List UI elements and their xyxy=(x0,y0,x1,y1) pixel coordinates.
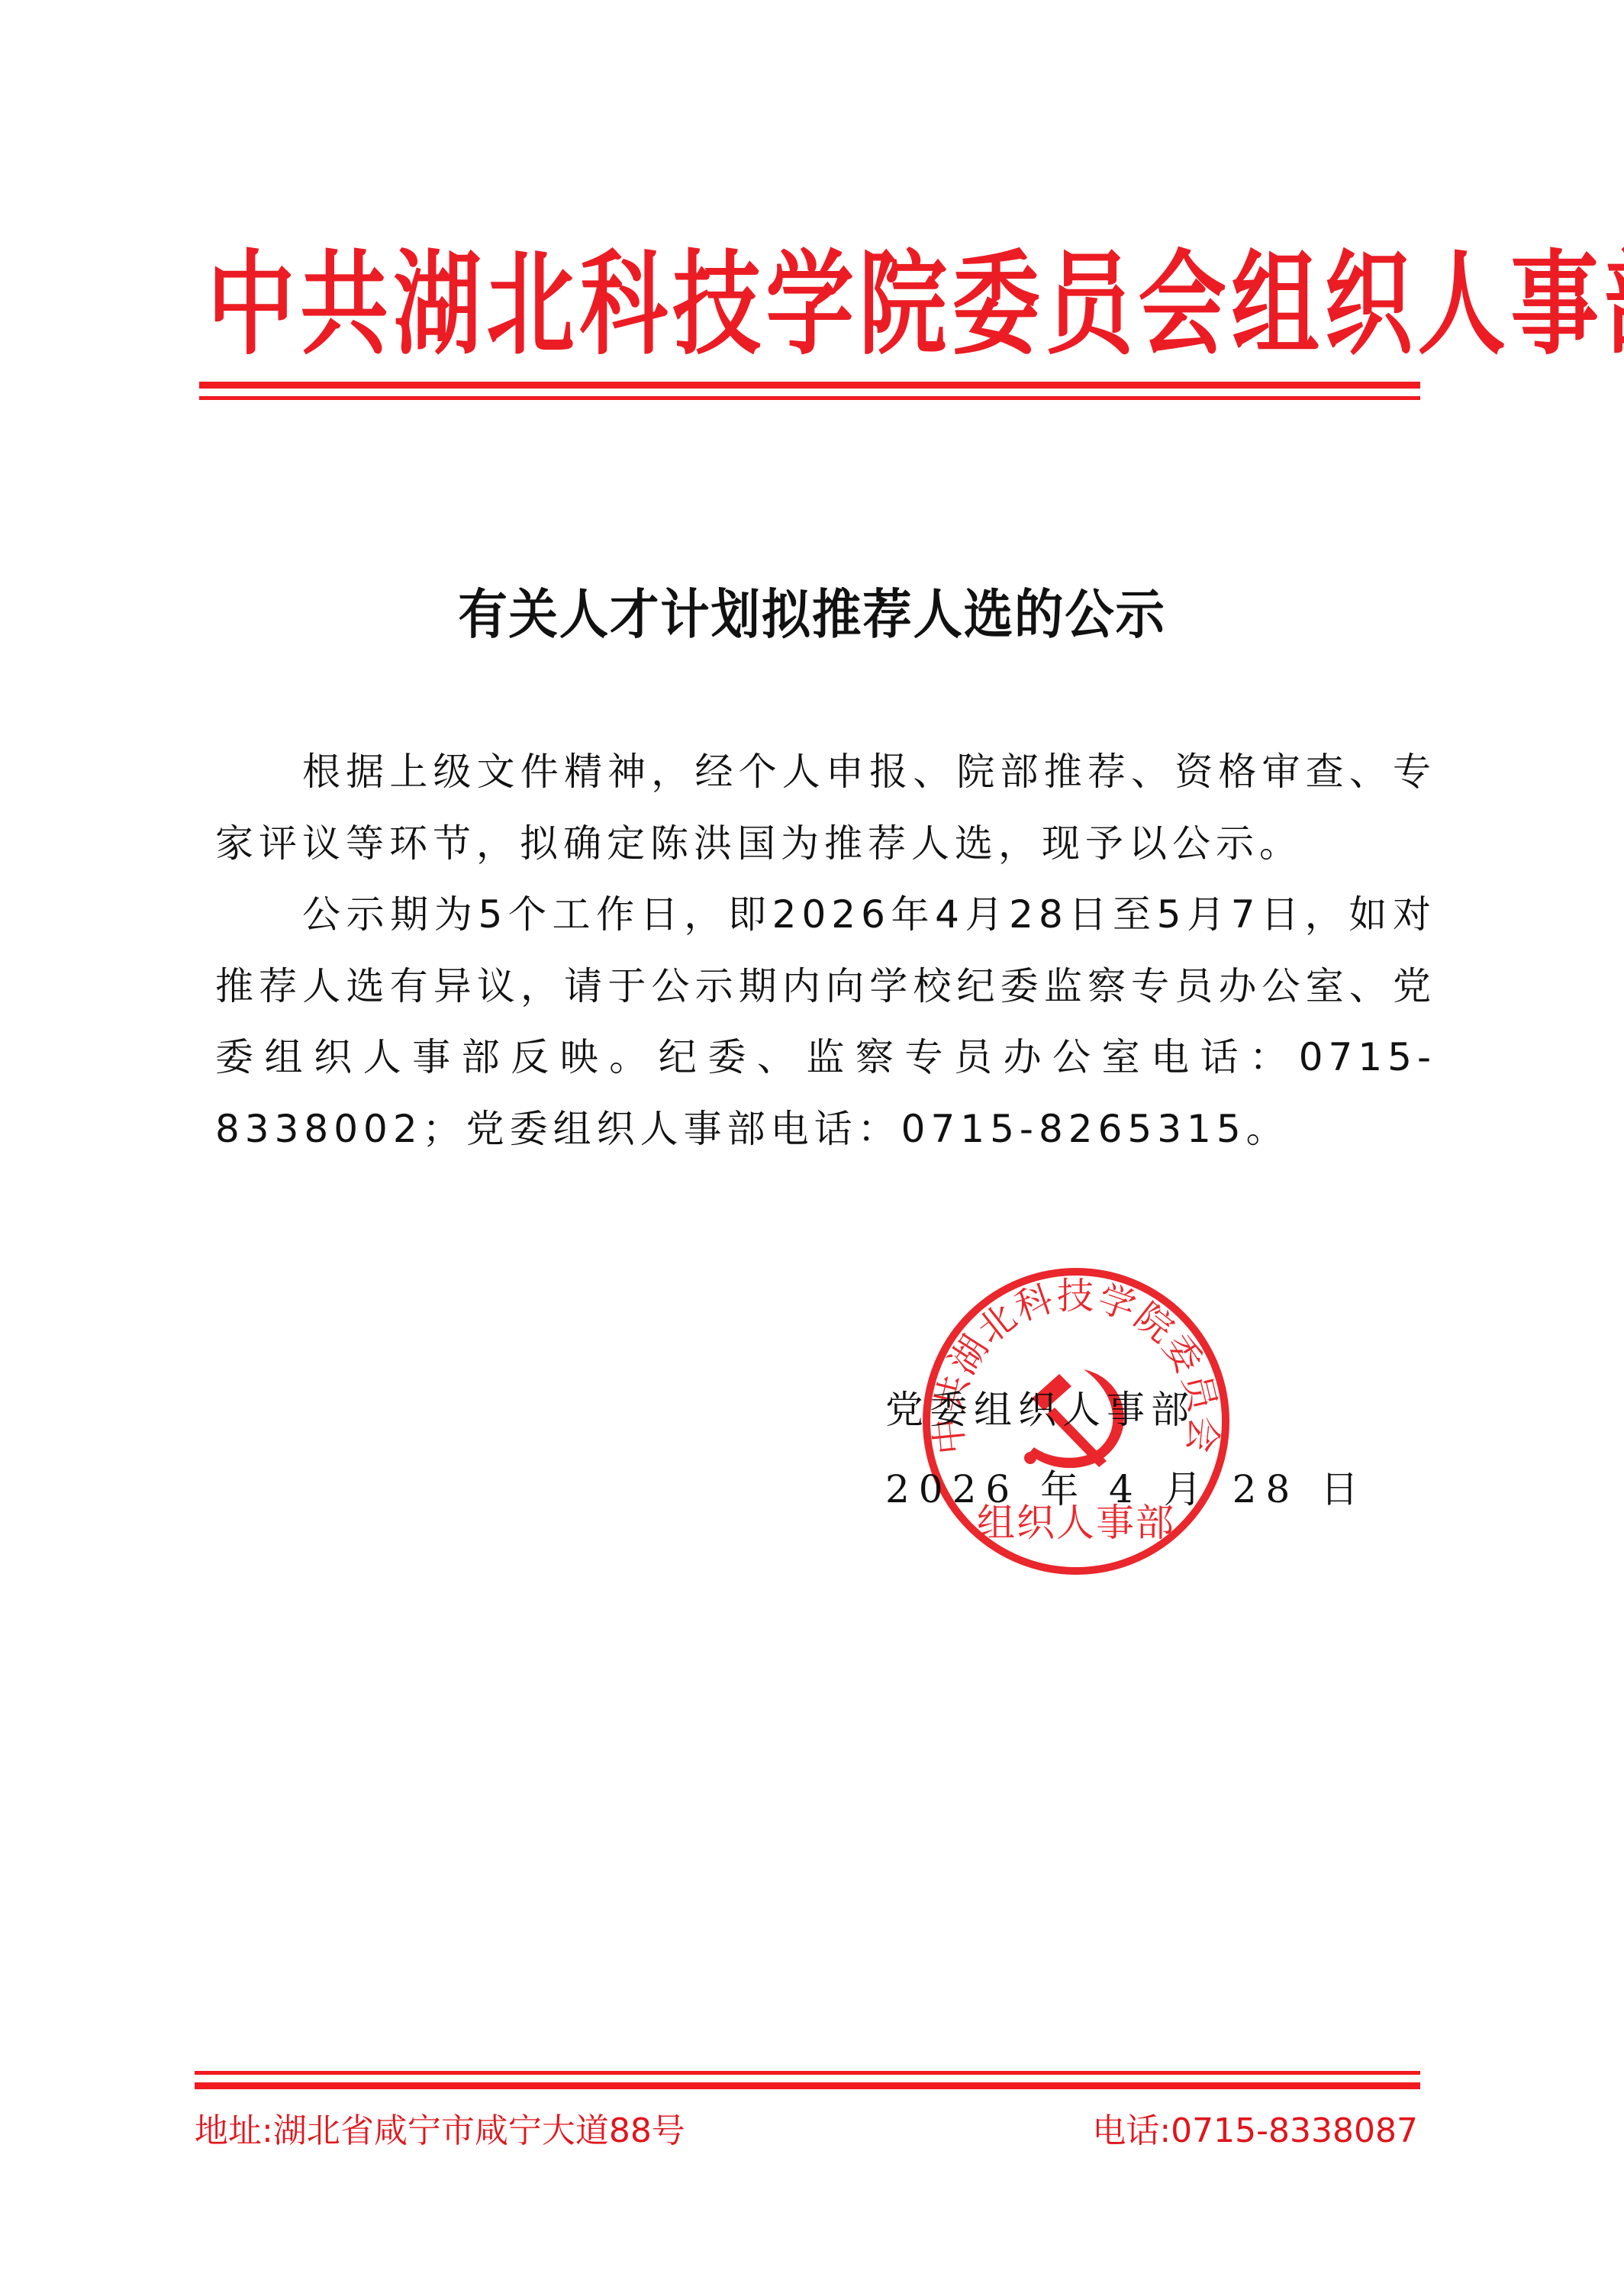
letterhead-char: 组 xyxy=(1231,243,1303,365)
letterhead-char: 部 xyxy=(1603,243,1624,365)
signature-org: 党委组织人事部 xyxy=(885,1370,1368,1450)
footer-phone: 电话:0715-8338087 xyxy=(1092,2108,1418,2154)
letterhead-char: 院 xyxy=(859,243,931,365)
letterhead-char: 科 xyxy=(579,243,652,365)
document-title-text: 有关人才计划拟推荐人选的公示 xyxy=(458,580,1165,649)
letterhead-char: 学 xyxy=(765,243,838,365)
body-paragraph: 公示期为5个工作日，即2026年4月28日至5月7日，如对推荐人选有异议，请于公… xyxy=(215,879,1436,1165)
signature-block: 党委组织人事部 2026 年 4 月 28 日 xyxy=(885,1370,1368,1529)
letterhead-char: 委 xyxy=(952,243,1024,365)
footer-divider-thin xyxy=(195,2071,1420,2075)
letterhead-char: 织 xyxy=(1324,243,1397,365)
letterhead-char: 事 xyxy=(1510,243,1583,365)
letterhead-char: 会 xyxy=(1138,243,1210,365)
header-divider-thick xyxy=(199,382,1420,389)
footer-address: 地址:湖北省咸宁市咸宁大道88号 xyxy=(195,2108,685,2154)
letterhead-char: 共 xyxy=(300,243,372,365)
document-page: 中 共 湖 北 科 技 学 院 委 员 会 组 织 人 事 部 有关人才计划拟推… xyxy=(0,0,1624,2290)
letterhead-char: 湖 xyxy=(393,243,466,365)
signature-date: 2026 年 4 月 28 日 xyxy=(885,1450,1368,1529)
letterhead-title: 中 共 湖 北 科 技 学 院 委 员 会 组 织 人 事 部 xyxy=(197,243,1421,365)
document-body: 根据上级文件精神，经个人申报、院部推荐、资格审查、专家评议等环节，拟确定陈洪国为… xyxy=(215,737,1436,1165)
footer-divider-thick xyxy=(195,2082,1420,2089)
letterhead-char: 北 xyxy=(486,243,559,365)
letterhead-char: 员 xyxy=(1045,243,1117,365)
letterhead-char: 中 xyxy=(207,243,279,365)
header-divider-thin xyxy=(199,396,1420,400)
body-paragraph: 根据上级文件精神，经个人申报、院部推荐、资格审查、专家评议等环节，拟确定陈洪国为… xyxy=(215,737,1436,879)
document-title: 有关人才计划拟推荐人选的公示 xyxy=(0,580,1624,649)
letterhead-char: 人 xyxy=(1417,243,1490,365)
letterhead-char: 技 xyxy=(672,243,745,365)
